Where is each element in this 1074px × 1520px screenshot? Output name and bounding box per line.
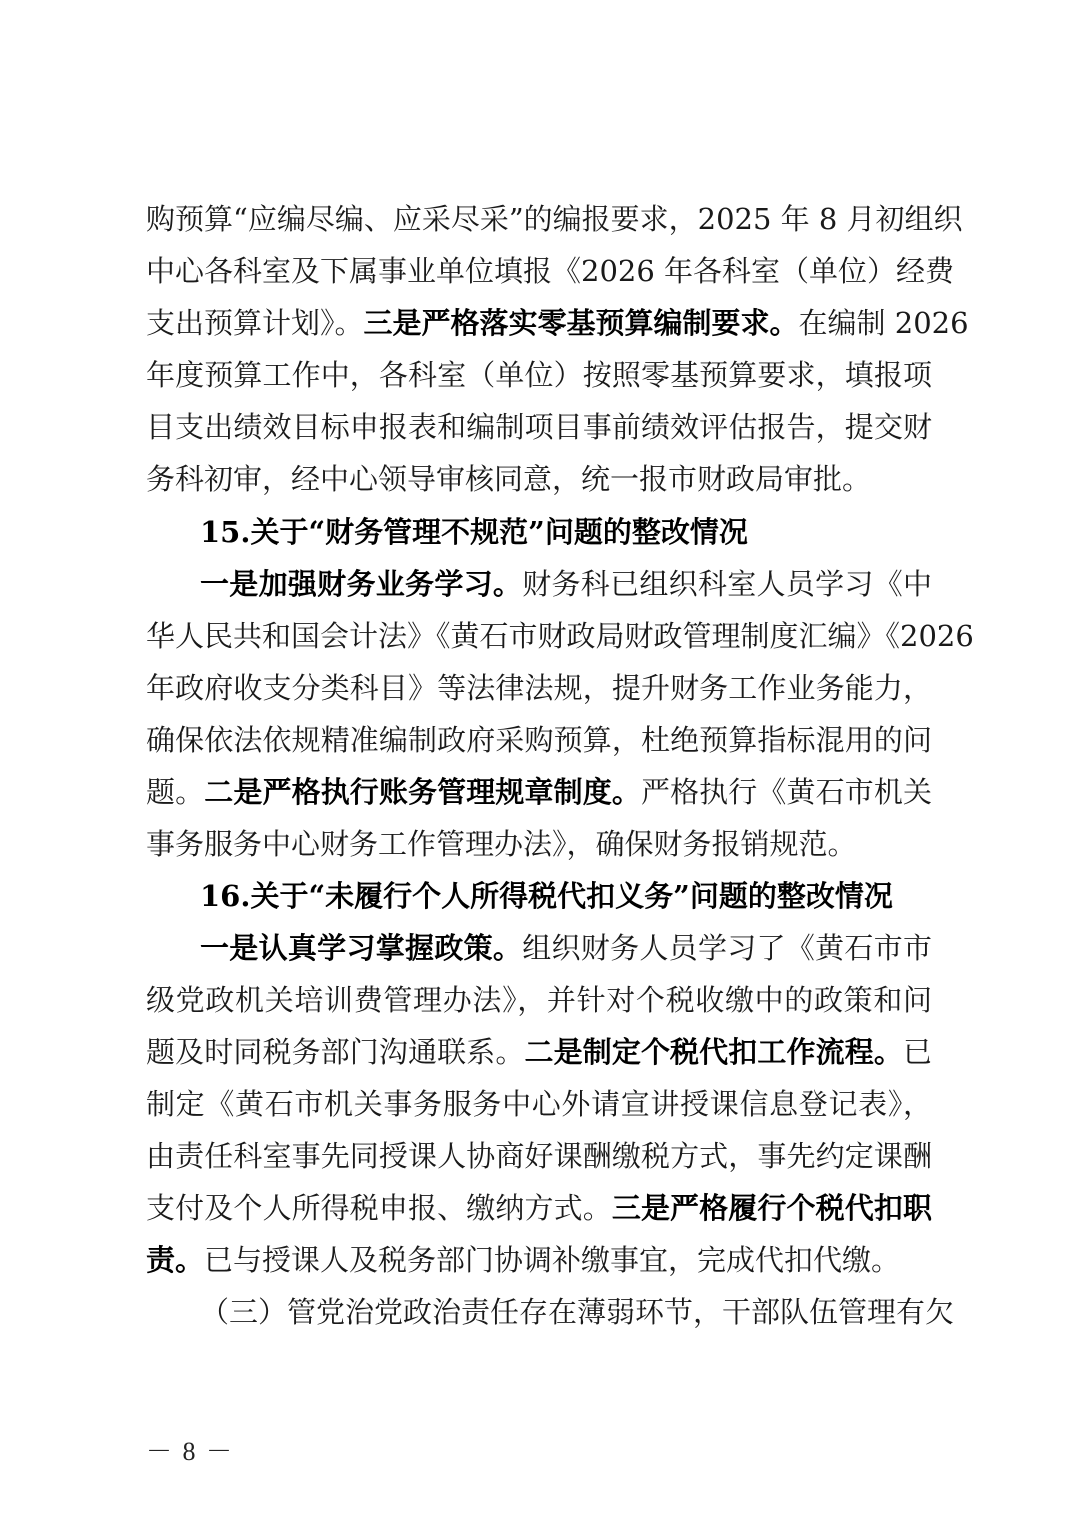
text-segment: 题及时同税务部门沟通联系。 — [146, 1035, 524, 1069]
paragraph-line: 责。已与授课人及税务部门协调补缴事宜，完成代扣代缴。 — [146, 1234, 932, 1286]
text-segment: 制定《黄石市机关事务服务中心外请宣讲授课信息登记表》， — [146, 1087, 932, 1121]
section-heading-16: 16.关于“未履行个人所得税代扣义务”问题的整改情况 — [200, 870, 932, 922]
document-page: 购预算“应编尽编、应采尽采”的编报要求，2025 年 8 月初组织 中心各科室及… — [0, 0, 1074, 1520]
paragraph-line: 一是加强财务业务学习。财务科已组织科室人员学习《中 — [200, 558, 932, 610]
text-segment: 华人民共和国会计法》《黄石市财政局财政管理制度汇编》《2026 — [146, 619, 974, 653]
bold-heading-inline: 三是严格落实零基预算编制要求。 — [364, 306, 799, 340]
section-heading-15: 15.关于“财务管理不规范”问题的整改情况 — [200, 506, 932, 558]
paragraph-line: 购预算“应编尽编、应采尽采”的编报要求，2025 年 8 月初组织 — [146, 193, 932, 245]
paragraph-line: 年度预算工作中，各科室（单位）按照零基预算要求，填报项 — [146, 349, 932, 401]
paragraph-line: 支付及个人所得税申报、缴纳方式。三是严格履行个税代扣职 — [146, 1182, 932, 1234]
paragraph-line: 华人民共和国会计法》《黄石市财政局财政管理制度汇编》《2026 — [146, 610, 932, 662]
paragraph-line: 一是认真学习掌握政策。组织财务人员学习了《黄石市市 — [200, 922, 932, 974]
bold-heading-inline: 三是严格履行个税代扣职 — [612, 1191, 932, 1225]
section-subheading-3: （三）管党治党政治责任存在薄弱环节，干部队伍管理有欠 — [200, 1286, 932, 1338]
text-segment: 题。 — [146, 775, 204, 809]
text-segment: 支付及个人所得税申报、缴纳方式。 — [146, 1191, 612, 1225]
paragraph-line: 由责任科室事先同授课人协商好课酬缴税方式，事先约定课酬 — [146, 1130, 932, 1182]
paragraph-line: 务科初审，经中心领导审核同意，统一报市财政局审批。 — [146, 453, 932, 505]
text-segment: 已与授课人及税务部门协调补缴事宜，完成代扣代缴。 — [204, 1243, 900, 1277]
text-segment: 在编制 2026 — [799, 306, 969, 340]
text-segment: 严格执行《黄石市机关 — [641, 775, 932, 809]
text-segment: 级党政机关培训费管理办法》，并针对个税收缴中的政策和问 — [146, 983, 932, 1017]
text-segment: 组织财务人员学习了《黄石市市 — [522, 931, 932, 965]
text-segment: 财务科已组织科室人员学习《中 — [522, 567, 932, 601]
text-segment: 目支出绩效目标申报表和编制项目事前绩效评估报告，提交财 — [146, 410, 932, 444]
text-segment: （三）管党治党政治责任存在薄弱环节，干部队伍管理有欠 — [200, 1295, 954, 1329]
paragraph-line: 制定《黄石市机关事务服务中心外请宣讲授课信息登记表》， — [146, 1078, 932, 1130]
text-segment: 中心各科室及下属事业单位填报《2026 年各科室（单位）经费 — [146, 254, 954, 288]
bold-heading-inline: 二是制定个税代扣工作流程。 — [524, 1035, 902, 1069]
heading-text: 15.关于“财务管理不规范”问题的整改情况 — [200, 515, 748, 549]
paragraph-line: 年政府收支分类科目》等法律法规，提升财务工作业务能力， — [146, 662, 932, 714]
paragraph-line: 题及时同税务部门沟通联系。二是制定个税代扣工作流程。已 — [146, 1026, 932, 1078]
paragraph-line: 目支出绩效目标申报表和编制项目事前绩效评估报告，提交财 — [146, 401, 932, 453]
page-number: － 8 － — [146, 1432, 234, 1472]
bold-heading-inline: 责。 — [146, 1243, 204, 1277]
bold-heading-inline: 二是严格执行账务管理规章制度。 — [204, 775, 641, 809]
text-segment: 购预算“应编尽编、应采尽采”的编报要求，2025 年 8 月初组织 — [146, 202, 963, 236]
text-segment: 务科初审，经中心领导审核同意，统一报市财政局审批。 — [146, 462, 871, 496]
heading-text: 16.关于“未履行个人所得税代扣义务”问题的整改情况 — [200, 879, 893, 913]
paragraph-line: 事务服务中心财务工作管理办法》，确保财务报销规范。 — [146, 818, 932, 870]
text-segment: 已 — [903, 1035, 932, 1069]
text-segment: 支出预算计划》。 — [146, 306, 364, 340]
text-segment: 年度预算工作中，各科室（单位）按照零基预算要求，填报项 — [146, 358, 932, 392]
paragraph-line: 级党政机关培训费管理办法》，并针对个税收缴中的政策和问 — [146, 974, 932, 1026]
paragraph-line: 支出预算计划》。三是严格落实零基预算编制要求。在编制 2026 — [146, 297, 932, 349]
bold-heading-inline: 一是认真学习掌握政策。 — [200, 931, 522, 965]
paragraph-line: 中心各科室及下属事业单位填报《2026 年各科室（单位）经费 — [146, 245, 932, 297]
text-segment: 确保依法依规精准编制政府采购预算，杜绝预算指标混用的问 — [146, 723, 932, 757]
bold-heading-inline: 一是加强财务业务学习。 — [200, 567, 522, 601]
paragraph-line: 确保依法依规精准编制政府采购预算，杜绝预算指标混用的问 — [146, 714, 932, 766]
text-segment: 年政府收支分类科目》等法律法规，提升财务工作业务能力， — [146, 671, 932, 705]
paragraph-line: 题。二是严格执行账务管理规章制度。严格执行《黄石市机关 — [146, 766, 932, 818]
text-segment: 由责任科室事先同授课人协商好课酬缴税方式，事先约定课酬 — [146, 1139, 932, 1173]
text-segment: 事务服务中心财务工作管理办法》，确保财务报销规范。 — [146, 827, 857, 861]
